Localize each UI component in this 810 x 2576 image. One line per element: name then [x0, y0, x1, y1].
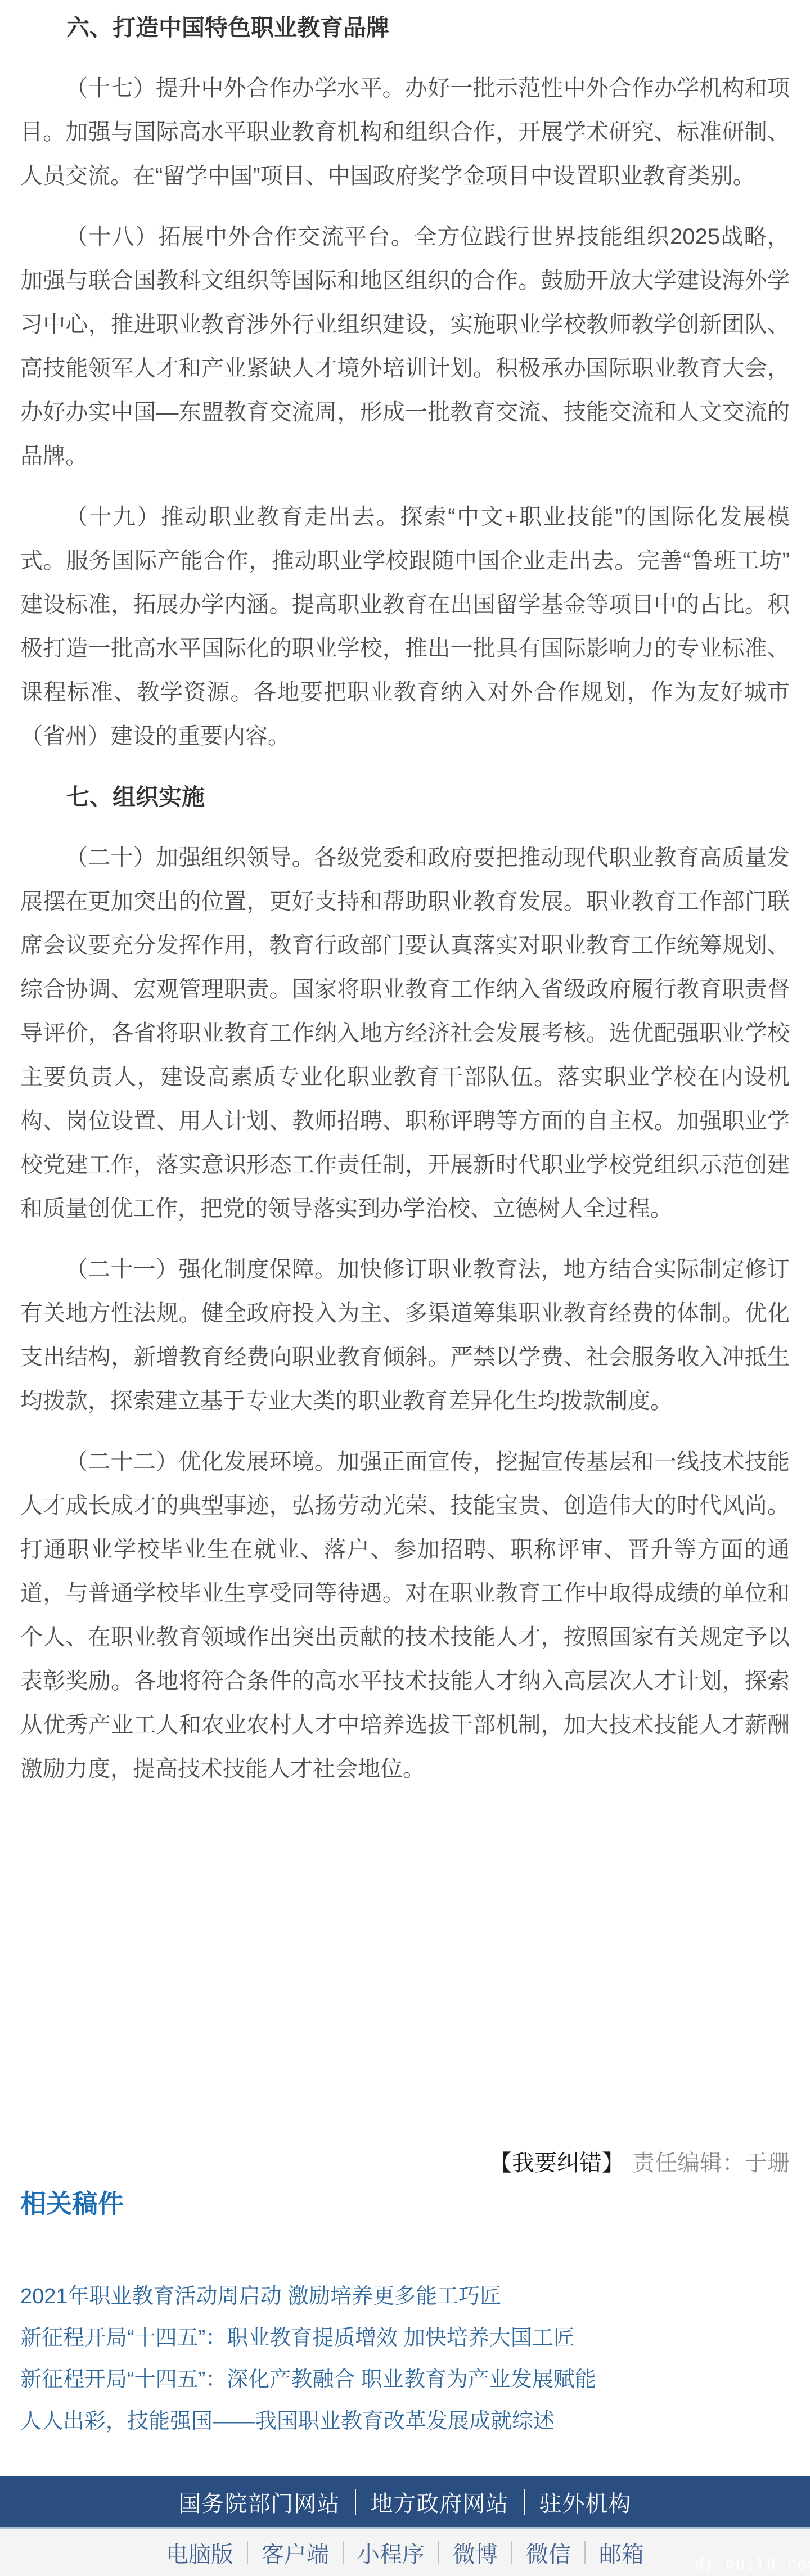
article-body: 六、打造中国特色职业教育品牌（十七）提升中外合作办学水平。办好一批示范性中外合作… [0, 0, 810, 1791]
related-links-list: 2021年职业教育活动周启动 激励培养更多能工巧匠新征程开局“十四五”：职业教育… [20, 2276, 790, 2442]
paragraph: （二十一）强化制度保障。加快修订职业教育法，地方结合实际制定修订有关地方性法规。… [20, 1248, 790, 1423]
footer-bottom-link-5[interactable]: 微信 [526, 2537, 571, 2569]
footer-bottom-bar: 电脑版客户端小程序微博微信邮箱dj-build.com [0, 2529, 810, 2576]
footer-nav-link-3[interactable]: 驻外机构 [539, 2486, 632, 2518]
correction-link[interactable]: 【我要纠错】 [489, 2151, 624, 2176]
separator [343, 2541, 344, 2564]
separator [247, 2541, 248, 2564]
related-article-link[interactable]: 2021年职业教育活动周启动 激励培养更多能工巧匠 [20, 2276, 790, 2317]
editor-credit: 责任编辑：于珊 [632, 2151, 790, 2176]
footer-bottom-link-4[interactable]: 微博 [453, 2537, 498, 2569]
section-heading: 七、组织实施 [20, 775, 790, 819]
paragraph: （二十）加强组织领导。各级党委和政府要把推动现代职业教育高质量发展摆在更加突出的… [20, 836, 790, 1231]
footer-bottom-link-2[interactable]: 客户端 [262, 2537, 329, 2569]
article-page: 六、打造中国特色职业教育品牌（十七）提升中外合作办学水平。办好一批示范性中外合作… [0, 0, 810, 2576]
watermark: dj-build.com [695, 2555, 810, 2573]
related-article-link[interactable]: 新征程开局“十四五”：深化产教融合 职业教育为产业发展赋能 [20, 2359, 790, 2401]
separator [511, 2541, 512, 2564]
section-heading: 六、打造中国特色职业教育品牌 [20, 6, 790, 49]
related-title: 相关稿件 [20, 2186, 790, 2222]
separator [584, 2541, 586, 2564]
related-article-link[interactable]: 新征程开局“十四五”：职业教育提质增效 加快培养大国工匠 [20, 2317, 790, 2359]
article-meta: 【我要纠错】责任编辑：于珊 [489, 2147, 790, 2179]
footer-bottom-link-3[interactable]: 小程序 [357, 2537, 425, 2569]
footer-nav-link-2[interactable]: 地方政府网站 [371, 2486, 509, 2518]
separator [524, 2489, 525, 2515]
footer-nav-bar: 国务院部门网站地方政府网站驻外机构 [0, 2476, 810, 2529]
footer-nav-link-1[interactable]: 国务院部门网站 [179, 2486, 340, 2518]
article-sections: 六、打造中国特色职业教育品牌（十七）提升中外合作办学水平。办好一批示范性中外合作… [20, 6, 790, 1791]
related-section: 相关稿件 2021年职业教育活动周启动 激励培养更多能工巧匠新征程开局“十四五”… [20, 2186, 790, 2442]
paragraph: （二十二）优化发展环境。加强正面宣传，挖掘宣传基层和一线技术技能人才成长成才的典… [20, 1440, 790, 1791]
paragraph: （十七）提升中外合作办学水平。办好一批示范性中外合作办学机构和项目。加强与国际高… [20, 66, 790, 198]
separator [355, 2489, 356, 2515]
footer-bottom-link-6[interactable]: 邮箱 [599, 2537, 644, 2569]
paragraph: （十九）推动职业教育走出去。探索“中文+职业技能”的国际化发展模式。服务国际产能… [20, 495, 790, 758]
related-article-link[interactable]: 人人出彩，技能强国——我国职业教育改革发展成就综述 [20, 2401, 790, 2442]
separator [438, 2541, 439, 2564]
paragraph: （十八）拓展中外合作交流平台。全方位践行世界技能组织2025战略，加强与联合国教… [20, 215, 790, 478]
footer-bottom-link-1[interactable]: 电脑版 [166, 2537, 233, 2569]
